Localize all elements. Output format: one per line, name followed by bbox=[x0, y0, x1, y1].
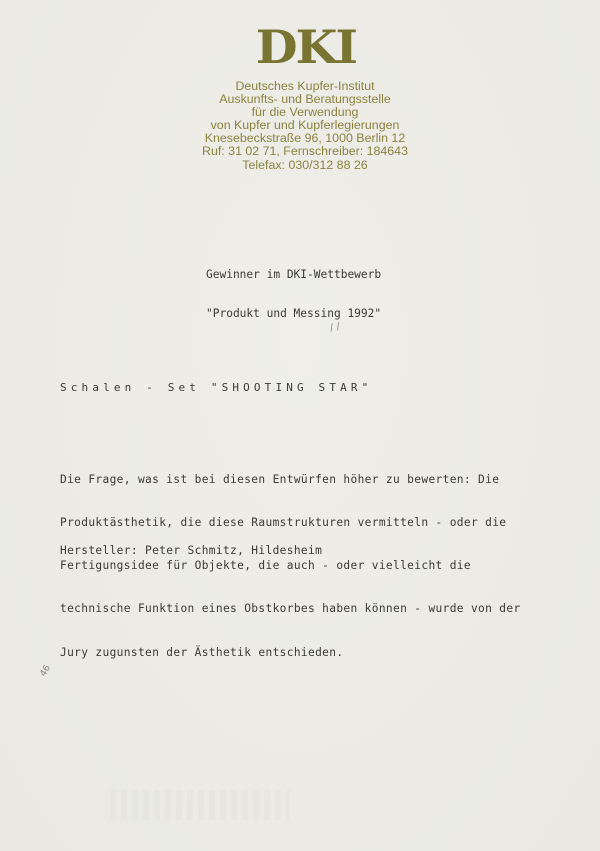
body-line: Die Frage, was ist bei diesen Entwürfen … bbox=[60, 473, 521, 487]
document-page: DKI Deutsches Kupfer-Institut Auskunfts-… bbox=[0, 0, 600, 851]
margin-scribble: 46 bbox=[39, 664, 53, 679]
award-line-2: "Produkt und Messing 1992" bbox=[206, 307, 381, 320]
faint-bleedthrough bbox=[110, 790, 290, 820]
body-line: Jury zugunsten der Ästhetik entschieden. bbox=[60, 646, 521, 660]
product-title: Schalen - Set "SHOOTING STAR" bbox=[60, 381, 372, 394]
award-line-1: Gewinner im DKI-Wettbewerb bbox=[206, 268, 381, 281]
handwritten-mark: / / bbox=[329, 321, 341, 334]
dki-logo: DKI bbox=[256, 24, 351, 70]
letterhead-line: Telefax: 030/312 88 26 bbox=[180, 159, 430, 172]
manufacturer-line: Hersteller: Peter Schmitz, Hildesheim bbox=[60, 544, 322, 557]
body-line: technische Funktion eines Obstkorbes hab… bbox=[60, 602, 521, 616]
award-heading: Gewinner im DKI-Wettbewerb "Produkt und … bbox=[206, 242, 381, 346]
letterhead-address: Deutsches Kupfer-Institut Auskunfts- und… bbox=[180, 80, 430, 172]
body-line: Fertigungsidee für Objekte, die auch - o… bbox=[60, 559, 521, 573]
body-text: Die Frage, was ist bei diesen Entwürfen … bbox=[60, 444, 521, 689]
body-line: Produktästhetik, die diese Raumstrukture… bbox=[60, 516, 521, 530]
letterhead-line: Ruf: 31 02 71, Fernschreiber: 184643 bbox=[180, 145, 430, 158]
